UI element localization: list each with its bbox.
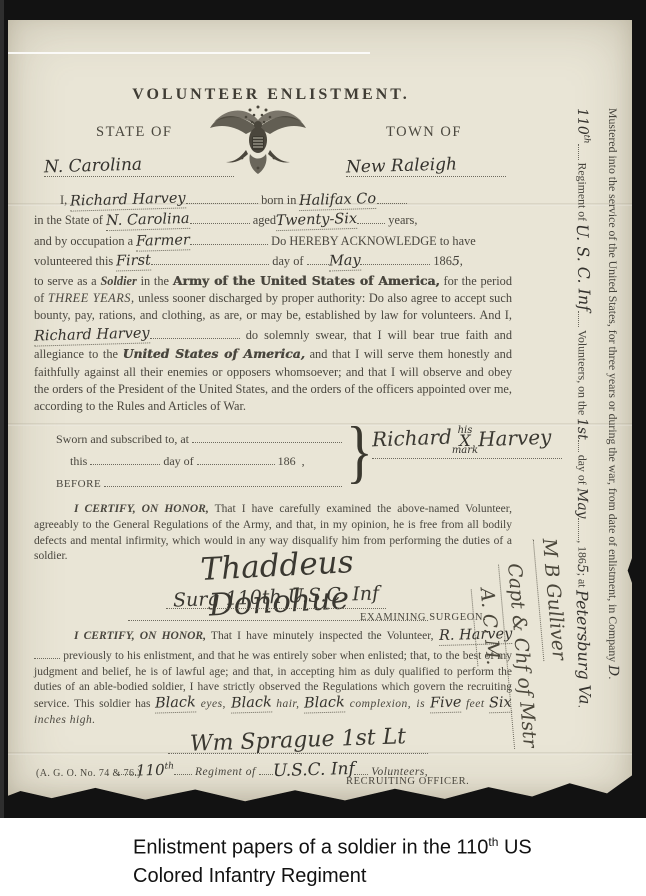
state-value-field: N. Carolina (44, 156, 234, 177)
certify-lead-2: I CERTIFY, ON HONOR, (74, 630, 206, 642)
oath-text: born in (261, 193, 296, 207)
blank-line (354, 761, 368, 775)
caption-text: Enlistment papers of a soldier in the 11… (133, 837, 488, 859)
soldier-emphasis: Soldier (100, 274, 136, 288)
handwritten-state2: N. Carolina (106, 211, 190, 232)
handwritten-regiment-number: 110th (136, 760, 175, 779)
recruiting-officer-signature: Wm Sprague 1st Lt (168, 728, 428, 754)
handwritten-feet: Five (430, 696, 462, 714)
handwritten-muster-day: 1st (569, 418, 596, 440)
handwritten-month: May (328, 253, 360, 272)
oath-text: years, (388, 213, 417, 227)
oath-text: to serve as a (34, 274, 97, 288)
handwritten-state: N. Carolina (44, 155, 143, 178)
regiment-of-label: Regiment of (195, 766, 256, 778)
mustering-signature-2: Capt & Chf of Mstr (505, 108, 537, 808)
before-label: BEFORE (56, 478, 101, 490)
blank-line (150, 325, 240, 339)
inches-label: inches high. (34, 714, 96, 726)
oath-text: aged (253, 213, 276, 227)
blank-line (259, 761, 273, 775)
hair-label: hair, (276, 698, 299, 710)
handwritten-day: First (116, 253, 151, 272)
ago-number: (A. G. O. No. 74 & 76.) (36, 768, 141, 779)
blank-line (104, 473, 342, 487)
town-of-label: TOWN OF (386, 124, 462, 141)
recruiting-officer-label: RECRUITING OFFICER. (346, 776, 469, 787)
examining-surgeon-label: EXAMINING SURGEON. (360, 612, 486, 623)
document-scan: VOLUNTEER ENLISTMENT. STATE OF TOWN OF (0, 0, 646, 818)
handwritten-regiment-name-2: U. S. C. Inf (569, 224, 597, 312)
recruiting-certificate: I CERTIFY, ON HONOR, That I have minutel… (34, 628, 512, 729)
mustering-endorsement: Mustered into the service of the United … (473, 108, 626, 808)
oath-flow-text: to serve as a Soldier in the Army of the… (34, 272, 512, 416)
oath-line-1: I, Richard Harvey born in Halifax Co (34, 190, 512, 210)
scratch-artifact (8, 52, 370, 54)
handwritten-birthplace: Halifax Co (299, 191, 377, 212)
blank-line (357, 210, 385, 224)
handwritten-eyes: Black (155, 696, 196, 714)
blank-line (578, 144, 592, 160)
certify-lead: I CERTIFY, ON HONOR, (74, 503, 209, 515)
oath-text: volunteered this (34, 254, 113, 268)
blank-line (190, 210, 250, 224)
sworn-text: , (302, 454, 305, 468)
oath-text: day of (272, 254, 303, 268)
sworn-text: Sworn and subscribed to, at (56, 432, 189, 446)
handwritten-muster-year: 5 (569, 563, 595, 573)
army-emphasis: Army of the United States of America, (173, 273, 440, 288)
signature-surgeon-rank: Surg 110th U.S.C. Inf (173, 582, 380, 611)
curly-brace: } (346, 412, 373, 492)
mustering-line-1: Mustered into the service of the United … (600, 108, 626, 808)
sworn-text: day of (163, 454, 193, 468)
oath-line-2: in the State of N. Carolina agedTwenty-S… (34, 210, 512, 230)
handwritten-regiment-name: U.S.C. Inf (272, 759, 354, 781)
certify-body-2: That I have minutely inspected the Volun… (211, 630, 434, 642)
blank-line (578, 311, 592, 327)
handwritten-name2: Richard Harvey (34, 325, 150, 347)
three-years-emphasis: THREE YEARS, (48, 291, 135, 305)
blank-line (151, 251, 269, 265)
handwritten-town: New Raleigh (346, 154, 457, 177)
oath-text: I, (60, 193, 67, 207)
handwritten-hair: Black (230, 696, 271, 714)
handwritten-age: Twenty-Six (276, 211, 358, 232)
oath-text: in the State of (34, 213, 103, 227)
caption-text: US (498, 837, 531, 859)
state-of-label: STATE OF (96, 124, 173, 141)
blank-line (578, 518, 592, 540)
surgeon-rank-line: Surg 110th U.S.C. Inf (166, 586, 386, 609)
blank-line (90, 451, 160, 465)
blank-line (377, 190, 407, 204)
blank-line (186, 190, 258, 204)
handwritten-complexion: Black (304, 696, 345, 714)
handwritten-year: 5 (452, 253, 460, 271)
mustering-signature-1: M B Gulliver (537, 108, 569, 808)
caption-line-2: Colored Infantry Regiment (0, 862, 646, 890)
oath-line-4: volunteered this First day of May 1865, (34, 251, 512, 271)
mustering-text: . (575, 705, 589, 708)
blank-line (578, 440, 592, 452)
oath-text: in the (141, 274, 169, 288)
mustering-text: . (606, 676, 620, 679)
blank-line (190, 231, 268, 245)
caption-line-1: Enlistment papers of a soldier in the 11… (0, 828, 646, 862)
oath-text: Do HEREBY ACKNOWLEDGE to have (271, 234, 476, 248)
blank-line (34, 645, 60, 659)
signature-sprague: Wm Sprague 1st Lt (190, 724, 407, 757)
oath-line-3: and by occupation a Farmer Do HEREBY ACK… (34, 231, 512, 251)
mustering-signature-3: A. C. M. (473, 108, 505, 808)
mustering-line-2: 110th Regiment of U. S. C. Inf Volunteer… (569, 108, 600, 808)
oath-text: and by occupation a (34, 234, 133, 248)
oath-paragraph: I, Richard Harvey born in Halifax Co in … (34, 190, 512, 416)
mustering-text: day of (575, 455, 589, 485)
blank-line (197, 451, 275, 465)
signature-first-name: Richard (372, 425, 453, 452)
caption-superscript: th (488, 835, 498, 849)
mustering-text: Volunteers, on the (575, 330, 589, 415)
blank-line (192, 429, 342, 443)
enlistment-paper: VOLUNTEER ENLISTMENT. STATE OF TOWN OF (8, 20, 632, 802)
blank-line (174, 761, 192, 775)
mustering-text: , 186 (575, 540, 589, 564)
handwritten-muster-month: May (569, 487, 596, 518)
handwritten-company: D (600, 665, 626, 677)
oath-text: 186 (433, 254, 452, 268)
handwritten-name: Richard Harvey (70, 190, 186, 212)
sworn-block: Sworn and subscribed to, at this day of … (56, 428, 356, 495)
handwritten-occupation: Farmer (136, 232, 190, 252)
eyes-label: eyes, (201, 698, 226, 710)
mustering-text: ; at (575, 573, 589, 588)
mustering-text: Mustered into the service of the United … (606, 108, 620, 662)
sworn-text: 186 (278, 454, 296, 468)
signature-mustering-officer: M B Gulliver (533, 537, 575, 661)
handwritten-regiment-number-2: 110th (569, 108, 601, 144)
sworn-text: this (70, 454, 87, 468)
caption: Enlistment papers of a soldier in the 11… (0, 818, 646, 896)
complexion-label: complexion, is (350, 698, 425, 710)
united-states-emphasis: United States of America, (123, 346, 305, 361)
blank-line (360, 251, 430, 265)
oath-text: , (460, 254, 463, 268)
blank-line (307, 251, 329, 265)
mustering-text: Regiment of (575, 162, 589, 221)
